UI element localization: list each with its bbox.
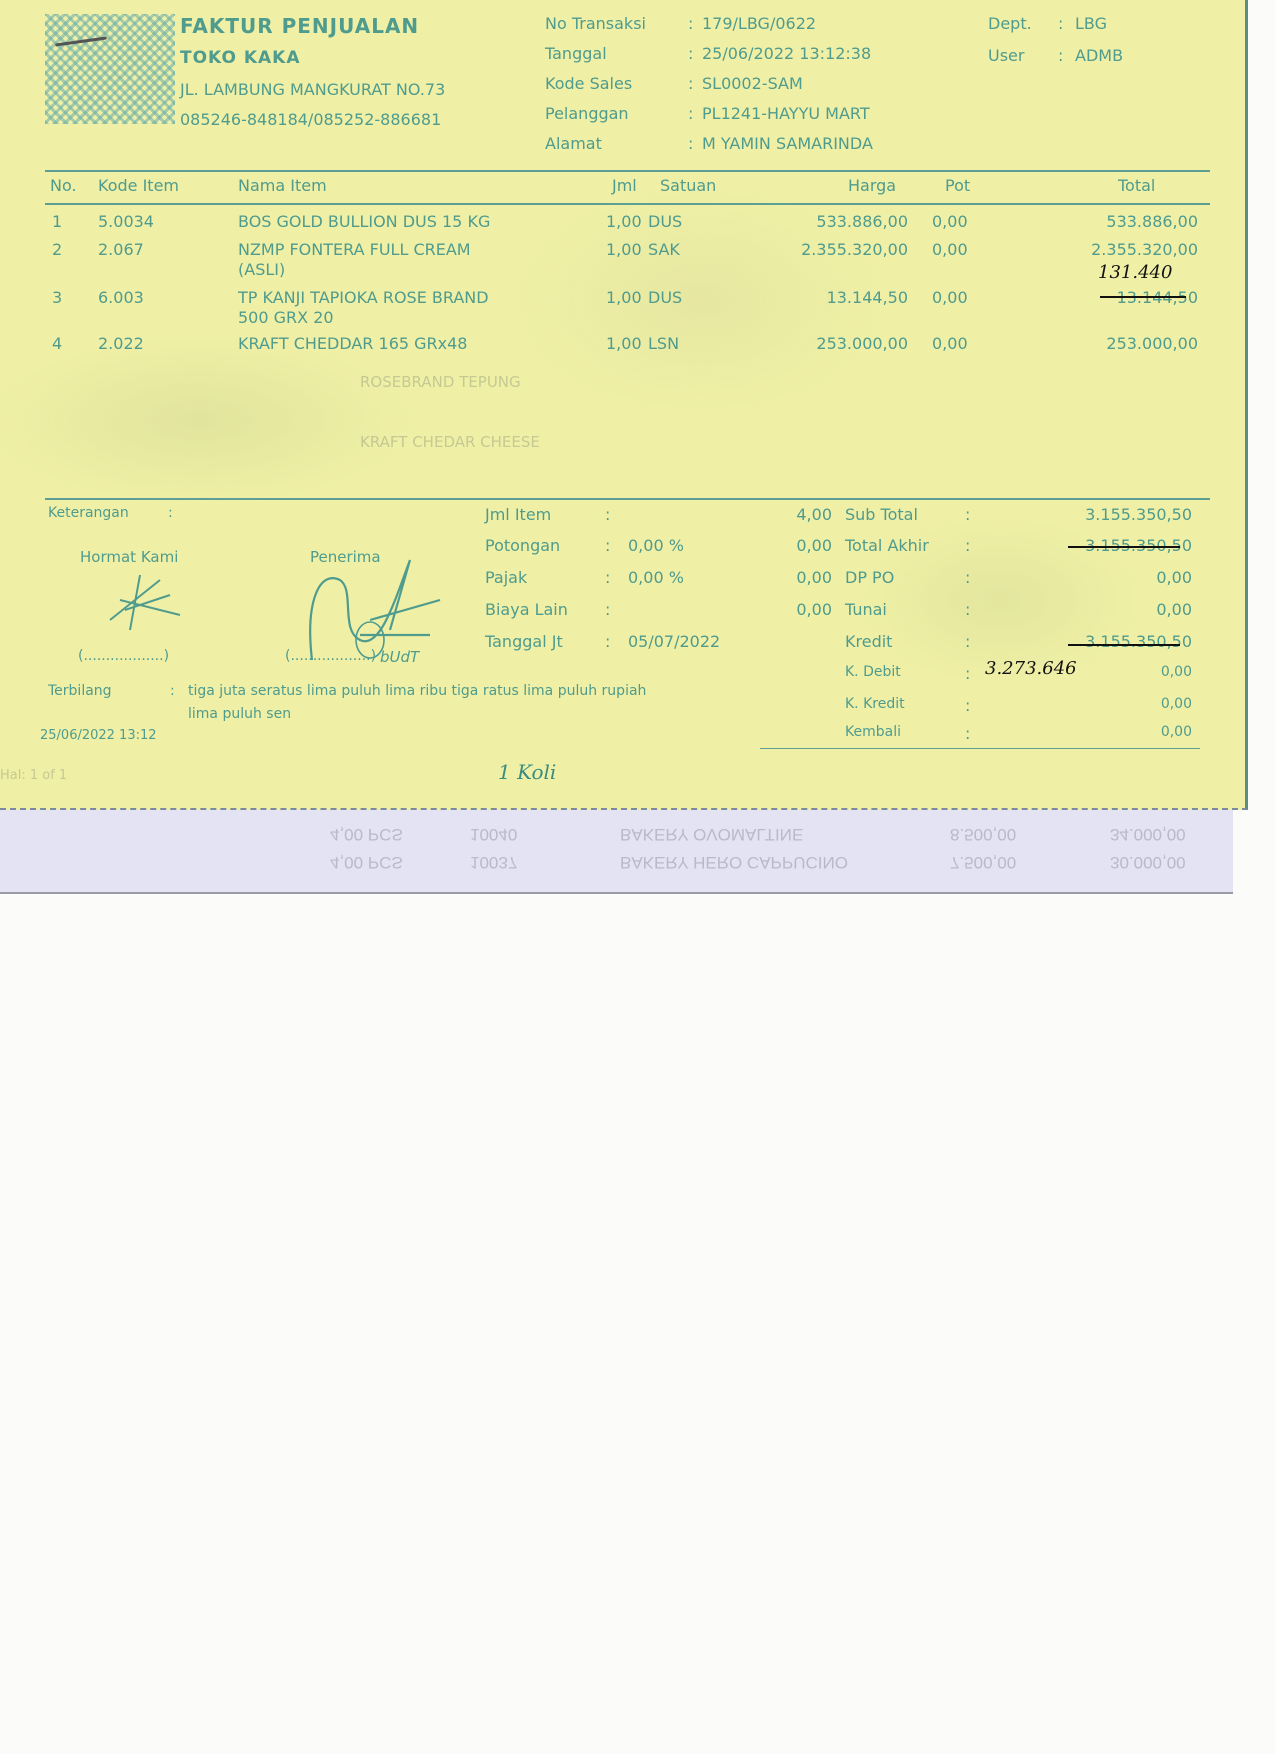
row-name: BOS GOLD BULLION DUS 15 KG bbox=[238, 212, 490, 231]
field-label: No Transaksi bbox=[545, 14, 646, 33]
summary-label: Total Akhir bbox=[845, 536, 929, 555]
row-qty: 1,00 bbox=[606, 288, 642, 307]
colon: : bbox=[1058, 14, 1063, 33]
logo-pattern bbox=[45, 14, 175, 124]
signature-line-left: (..................) bbox=[78, 648, 169, 664]
row-pot: 0,00 bbox=[932, 240, 968, 259]
colon: : bbox=[688, 74, 693, 93]
invoice-receipt: FAKTUR PENJUALAN TOKO KAKA JL. LAMBUNG M… bbox=[0, 0, 1248, 810]
row-name-cont: (ASLI) bbox=[238, 260, 285, 279]
field-label: Alamat bbox=[545, 134, 602, 153]
mirrored-cell: 10040 bbox=[470, 824, 517, 844]
row-name: NZMP FONTERA FULL CREAM bbox=[238, 240, 471, 259]
colon: : bbox=[965, 664, 970, 683]
underline-mark bbox=[1100, 296, 1186, 298]
summary-label: Kembali bbox=[845, 724, 901, 740]
summary-label: Tanggal Jt bbox=[485, 632, 563, 651]
summary-value: 0,00 bbox=[1030, 600, 1192, 619]
colon: : bbox=[605, 632, 610, 651]
row-price: 13.144,50 bbox=[760, 288, 908, 307]
signature-issuer bbox=[100, 570, 190, 640]
page-indicator: Hal: 1 of 1 bbox=[0, 768, 67, 783]
row-unit: LSN bbox=[648, 334, 679, 353]
row-code: 2.067 bbox=[98, 240, 144, 259]
carbon-copy-strip: 4,00 PCS10040BAKERY OVOMALTINE8.500,0034… bbox=[0, 810, 1233, 894]
col-pot: Pot bbox=[945, 176, 970, 195]
colon: : bbox=[605, 568, 610, 587]
row-no: 2 bbox=[52, 240, 62, 259]
dept-label: Dept. bbox=[988, 14, 1032, 33]
colon: : bbox=[965, 724, 970, 743]
handwritten-corrected-total: 3.273.646 bbox=[985, 658, 1077, 679]
summary-percent: 05/07/2022 bbox=[628, 632, 720, 651]
transaction-number: 179/LBG/0622 bbox=[702, 14, 816, 33]
row-name-cont: 500 GRX 20 bbox=[238, 308, 334, 327]
colon: : bbox=[965, 600, 970, 619]
col-total: Total bbox=[1118, 176, 1155, 195]
row-price: 2.355.320,00 bbox=[760, 240, 908, 259]
koli-note: 1 Koli bbox=[498, 760, 556, 784]
field-label: Tanggal bbox=[545, 44, 607, 63]
summary-value: 0,00 bbox=[740, 600, 832, 619]
summary-label: Potongan bbox=[485, 536, 560, 555]
colon: : bbox=[965, 696, 970, 715]
signature-recipient bbox=[300, 540, 450, 670]
summary-value: 3.155.350,50 bbox=[1030, 632, 1192, 651]
colon: : bbox=[965, 505, 970, 524]
row-code: 2.022 bbox=[98, 334, 144, 353]
strike-total-akhir bbox=[1068, 546, 1180, 548]
row-price: 533.886,00 bbox=[760, 212, 908, 231]
mirrored-cell: BAKERY HERO CAPPUCINO bbox=[620, 852, 848, 872]
summary-value: 0,00 bbox=[740, 536, 832, 555]
colon: : bbox=[170, 683, 175, 699]
colon: : bbox=[965, 568, 970, 587]
handwritten-correction-item3: 131.440 bbox=[1098, 262, 1172, 283]
col-name: Nama Item bbox=[238, 176, 327, 195]
summary-label: Sub Total bbox=[845, 505, 918, 524]
summary-value: 0,00 bbox=[1030, 724, 1192, 740]
colon: : bbox=[605, 505, 610, 524]
user-value: ADMB bbox=[1075, 46, 1123, 65]
mirrored-cell: 4,00 PCS bbox=[330, 824, 403, 844]
keterangan-label: Keterangan bbox=[48, 505, 129, 521]
colon: : bbox=[965, 536, 970, 555]
customer: PL1241-HAYYU MART bbox=[702, 104, 870, 123]
row-pot: 0,00 bbox=[932, 212, 968, 231]
store-address: JL. LAMBUNG MANGKURAT NO.73 bbox=[180, 80, 445, 99]
ghost-text: ROSEBRAND TEPUNG bbox=[360, 373, 521, 391]
row-code: 5.0034 bbox=[98, 212, 154, 231]
colon: : bbox=[168, 505, 173, 521]
user-label: User bbox=[988, 46, 1024, 65]
ghost-text: KRAFT CHEDAR CHEESE bbox=[360, 433, 540, 451]
mirrored-cell: 30.000,00 bbox=[1110, 852, 1186, 872]
invoice-title: FAKTUR PENJUALAN bbox=[180, 14, 419, 38]
mirrored-row: 4,00 PCS10040BAKERY OVOMALTINE8.500,0034… bbox=[0, 820, 1233, 844]
row-no: 4 bbox=[52, 334, 62, 353]
colon: : bbox=[1058, 46, 1063, 65]
customer-address: M YAMIN SAMARINDA bbox=[702, 134, 873, 153]
colon: : bbox=[605, 536, 610, 555]
summary-percent: 0,00 % bbox=[628, 568, 684, 587]
row-no: 1 bbox=[52, 212, 62, 231]
row-unit: SAK bbox=[648, 240, 680, 259]
terbilang-line2: lima puluh sen bbox=[188, 706, 291, 722]
summary-value: 0,00 bbox=[1030, 696, 1192, 712]
terbilang-label: Terbilang bbox=[48, 683, 112, 699]
table-top-rule bbox=[45, 170, 1210, 172]
printed-at: 25/06/2022 13:12 bbox=[40, 728, 157, 743]
terbilang-line1: tiga juta seratus lima puluh lima ribu t… bbox=[188, 683, 646, 699]
row-code: 6.003 bbox=[98, 288, 144, 307]
row-pot: 0,00 bbox=[932, 288, 968, 307]
row-price: 253.000,00 bbox=[760, 334, 908, 353]
kembali-rule bbox=[760, 748, 1200, 749]
store-name: TOKO KAKA bbox=[180, 48, 301, 68]
row-name: TP KANJI TAPIOKA ROSE BRAND bbox=[238, 288, 489, 307]
mirrored-cell: 34.000,00 bbox=[1110, 824, 1186, 844]
summary-label: Jml Item bbox=[485, 505, 551, 524]
mirrored-cell: 4,00 PCS bbox=[330, 852, 403, 872]
signature-name: bUdT bbox=[380, 648, 419, 666]
col-code: Kode Item bbox=[98, 176, 179, 195]
row-total: 253.000,00 bbox=[1030, 334, 1198, 353]
summary-value: 0,00 bbox=[1030, 568, 1192, 587]
row-pot: 0,00 bbox=[932, 334, 968, 353]
table-header-rule bbox=[45, 203, 1210, 205]
row-qty: 1,00 bbox=[606, 212, 642, 231]
summary-label: Kredit bbox=[845, 632, 892, 651]
row-total: 533.886,00 bbox=[1030, 212, 1198, 231]
summary-value: 3.155.350,50 bbox=[1030, 505, 1192, 524]
colon: : bbox=[965, 632, 970, 651]
row-qty: 1,00 bbox=[606, 334, 642, 353]
row-total: 2.355.320,00 bbox=[1030, 240, 1198, 259]
colon: : bbox=[688, 134, 693, 153]
row-qty: 1,00 bbox=[606, 240, 642, 259]
colon: : bbox=[688, 44, 693, 63]
mirrored-cell: BAKERY OVOMALTINE bbox=[620, 824, 803, 844]
row-name: KRAFT CHEDDAR 165 GRx48 bbox=[238, 334, 467, 353]
field-label: Kode Sales bbox=[545, 74, 632, 93]
col-unit: Satuan bbox=[660, 176, 716, 195]
summary-value: 0,00 bbox=[740, 568, 832, 587]
col-qty: Jml bbox=[612, 176, 637, 195]
summary-label: DP PO bbox=[845, 568, 894, 587]
summary-value: 4,00 bbox=[740, 505, 832, 524]
row-unit: DUS bbox=[648, 288, 682, 307]
summary-label: Pajak bbox=[485, 568, 527, 587]
row-unit: DUS bbox=[648, 212, 682, 231]
mirrored-cell: 7.500,00 bbox=[950, 852, 1016, 872]
summary-label: K. Debit bbox=[845, 664, 901, 680]
row-no: 3 bbox=[52, 288, 62, 307]
transaction-date: 25/06/2022 13:12:38 bbox=[702, 44, 871, 63]
hormat-kami-label: Hormat Kami bbox=[80, 548, 178, 566]
store-phone: 085246-848184/085252-886681 bbox=[180, 110, 441, 129]
summary-percent: 0,00 % bbox=[628, 536, 684, 555]
col-no: No. bbox=[50, 176, 77, 195]
colon: : bbox=[688, 14, 693, 33]
colon: : bbox=[605, 600, 610, 619]
summary-rule bbox=[45, 498, 1210, 500]
summary-label: Biaya Lain bbox=[485, 600, 568, 619]
mirrored-cell: 10037 bbox=[470, 852, 517, 872]
colon: : bbox=[688, 104, 693, 123]
col-price: Harga bbox=[848, 176, 896, 195]
dept-value: LBG bbox=[1075, 14, 1107, 33]
strike-kredit bbox=[1068, 644, 1180, 646]
field-label: Pelanggan bbox=[545, 104, 629, 123]
mirrored-row: 4,00 PCS10037BAKERY HERO CAPPUCINO7.500,… bbox=[0, 848, 1233, 872]
summary-label: Tunai bbox=[845, 600, 887, 619]
mirrored-cell: 8.500,00 bbox=[950, 824, 1016, 844]
summary-label: K. Kredit bbox=[845, 696, 905, 712]
sales-code: SL0002-SAM bbox=[702, 74, 803, 93]
